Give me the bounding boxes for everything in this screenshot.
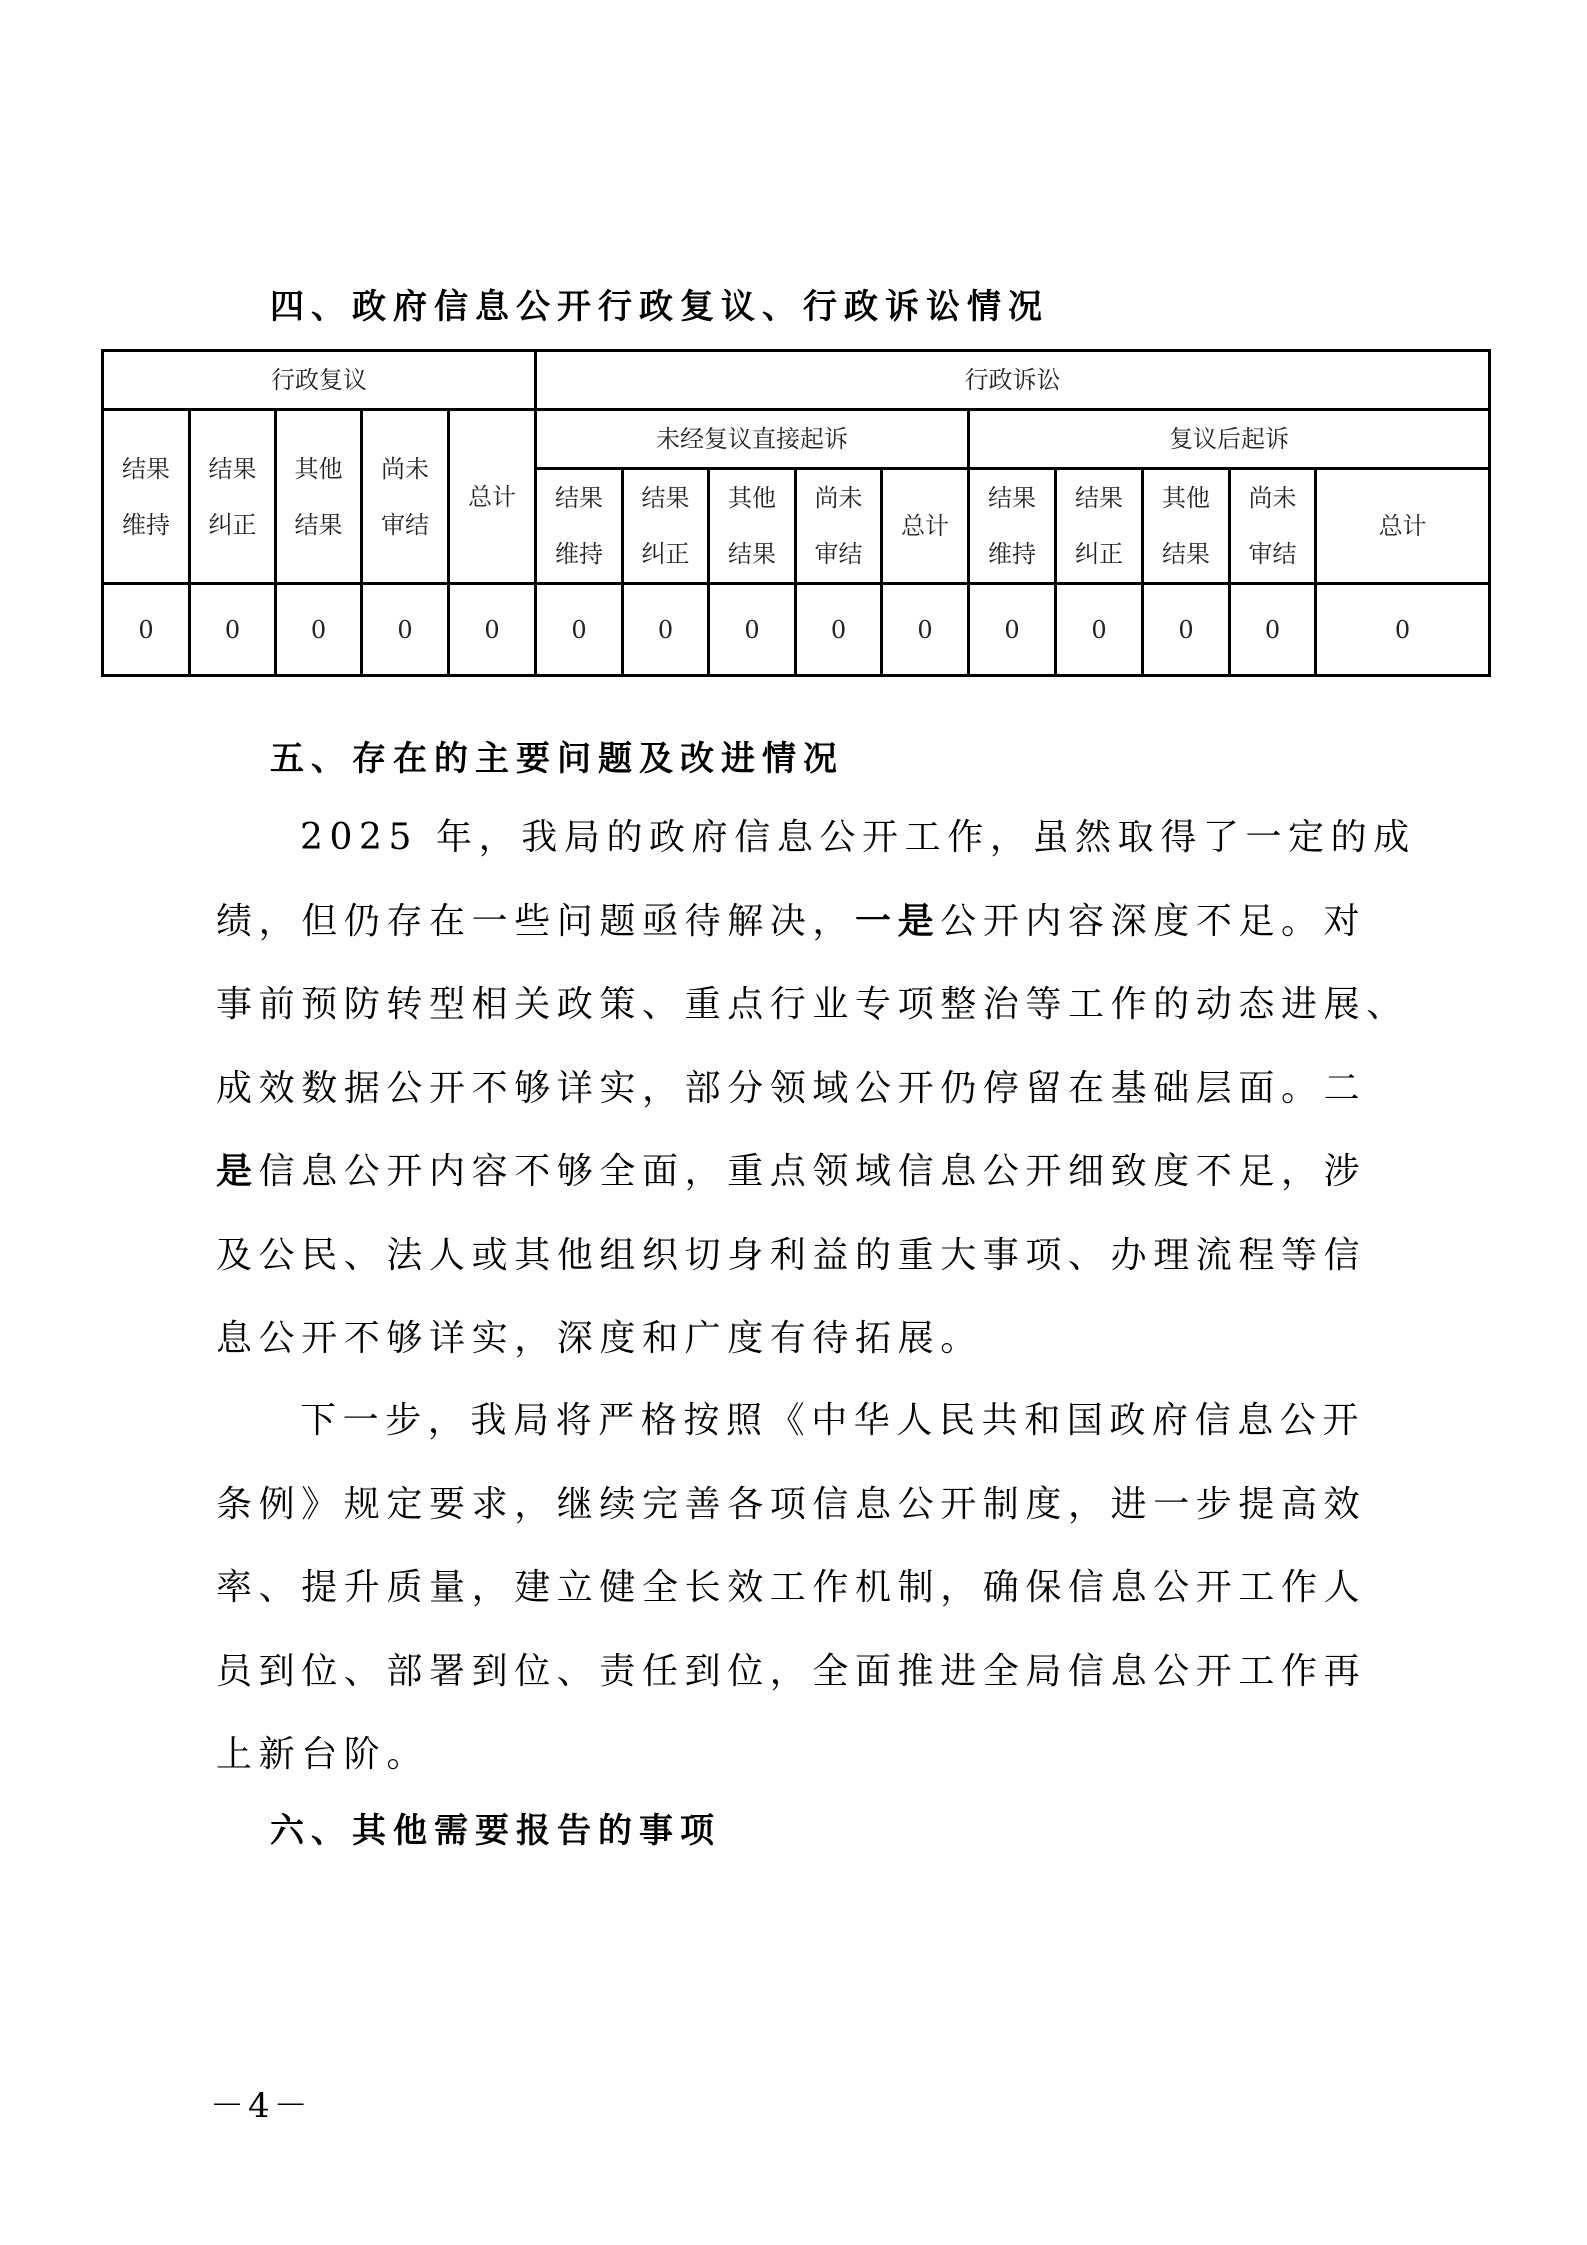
- value-cell: 0: [796, 584, 882, 676]
- value-cell: 0: [709, 584, 796, 676]
- problems-paragraph: 2025 年，我局的政府信息公开工作，虽然取得了一定的成 绩，但仍存在一些问题亟…: [216, 796, 1376, 1381]
- value-cell: 0: [449, 584, 536, 676]
- value-cell: 0: [190, 584, 276, 676]
- header-after-other: 其他结果: [1143, 469, 1230, 584]
- header-after-total: 总计: [1316, 469, 1490, 584]
- header-review-pending: 尚未审结: [362, 410, 449, 584]
- table-row: 0 0 0 0 0 0 0 0 0 0 0 0 0 0 0: [103, 584, 1490, 676]
- value-cell: 0: [623, 584, 709, 676]
- header-direct-corrected: 结果纠正: [623, 469, 709, 584]
- section-6-heading: 六、其他需要报告的事项: [270, 1811, 721, 1851]
- next-steps-paragraph: 下一步，我局将严格按照《中华人民共和国政府信息公开 条例》规定要求，继续完善各项…: [216, 1379, 1376, 1797]
- page-number: －4－: [210, 2078, 312, 2127]
- value-cell: 0: [1056, 584, 1143, 676]
- value-cell: 0: [276, 584, 362, 676]
- header-direct-other: 其他结果: [709, 469, 796, 584]
- header-direct-total: 总计: [882, 469, 969, 584]
- paragraph-line: 息公开不够详实，深度和广度有待拓展。: [216, 1297, 1376, 1381]
- value-cell: 0: [882, 584, 969, 676]
- value-cell: 0: [1230, 584, 1316, 676]
- paragraph-line: 事前预防转型相关政策、重点行业专项整治等工作的动态进展、: [216, 963, 1376, 1047]
- review-litigation-table: 行政复议 行政诉讼 结果维持 结果纠正 其他结果 尚未审结 总计 未经复议直接起…: [101, 349, 1491, 677]
- header-review-total: 总计: [449, 410, 536, 584]
- paragraph-line: 率、提升质量，建立健全长效工作机制，确保信息公开工作人: [216, 1546, 1376, 1630]
- section-5-heading: 五、存在的主要问题及改进情况: [270, 739, 844, 779]
- paragraph-line: 2025 年，我局的政府信息公开工作，虽然取得了一定的成: [216, 796, 1376, 880]
- value-cell: 0: [969, 584, 1056, 676]
- paragraph-line: 员到位、部署到位、责任到位，全面推进全局信息公开工作再: [216, 1630, 1376, 1714]
- value-cell: 0: [362, 584, 449, 676]
- header-after-upheld: 结果维持: [969, 469, 1056, 584]
- value-cell: 0: [103, 584, 190, 676]
- paragraph-line: 上新台阶。: [216, 1713, 1376, 1797]
- paragraph-line: 下一步，我局将严格按照《中华人民共和国政府信息公开: [216, 1379, 1376, 1463]
- header-review-upheld: 结果维持: [103, 410, 190, 584]
- paragraph-line: 是信息公开内容不够全面，重点领域信息公开细致度不足，涉: [216, 1130, 1376, 1214]
- header-after-pending: 尚未审结: [1230, 469, 1316, 584]
- section-4-heading: 四、政府信息公开行政复议、行政诉讼情况: [270, 287, 1049, 327]
- value-cell: 0: [536, 584, 623, 676]
- header-after-corrected: 结果纠正: [1056, 469, 1143, 584]
- header-litigation-after-review: 复议后起诉: [969, 410, 1490, 469]
- header-review-corrected: 结果纠正: [190, 410, 276, 584]
- value-cell: 0: [1143, 584, 1230, 676]
- paragraph-line: 成效数据公开不够详实，部分领域公开仍停留在基础层面。二: [216, 1047, 1376, 1131]
- value-cell: 0: [1316, 584, 1490, 676]
- emphasis-first: 一是: [855, 901, 940, 942]
- header-review-other: 其他结果: [276, 410, 362, 584]
- paragraph-line: 绩，但仍存在一些问题亟待解决，一是公开内容深度不足。对: [216, 880, 1376, 964]
- header-direct-upheld: 结果维持: [536, 469, 623, 584]
- paragraph-line: 条例》规定要求，继续完善各项信息公开制度，进一步提高效: [216, 1463, 1376, 1547]
- header-administrative-review: 行政复议: [103, 351, 536, 410]
- emphasis-second: 是: [216, 1151, 259, 1192]
- header-administrative-litigation: 行政诉讼: [536, 351, 1490, 410]
- header-direct-pending: 尚未审结: [796, 469, 882, 584]
- paragraph-line: 及公民、法人或其他组织切身利益的重大事项、办理流程等信: [216, 1214, 1376, 1298]
- header-direct-litigation: 未经复议直接起诉: [536, 410, 969, 469]
